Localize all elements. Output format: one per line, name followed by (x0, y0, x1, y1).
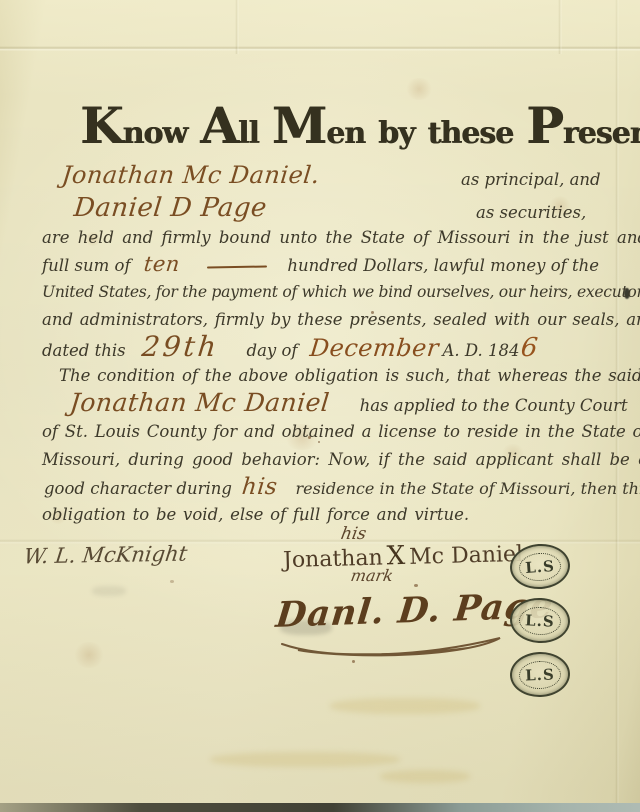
condition-line-2-suffix: has applied to the County Court (360, 396, 628, 415)
scan-background-edge (0, 803, 640, 812)
seal-inner-ring: L.S (518, 605, 561, 635)
obligation-line-1: are held and firmly bound unto the State… (42, 228, 599, 247)
condition-line-2: Jonathan Mc Daniel has applied to the Co… (42, 388, 599, 417)
title-word: Men (272, 96, 365, 155)
dated-prefix: dated this (42, 341, 126, 360)
principal-label: as principal, and (461, 170, 601, 189)
day-fill: 29th (140, 330, 220, 363)
year-digit-fill: 6 (520, 333, 540, 363)
ink-smudge (92, 586, 126, 596)
seal-label: L.S (525, 611, 556, 631)
foxing-stain (72, 642, 106, 668)
fold-crease-top (0, 46, 640, 51)
ink-speck (170, 580, 174, 583)
obligation-line-2-suffix: hundred Dollars, lawful money of the (287, 256, 599, 275)
obligation-line-4: and administrators, firmly by these pres… (42, 310, 599, 329)
seal-label: L.S (525, 665, 555, 684)
condition-line-5: good character during his residence in t… (44, 474, 601, 500)
title-word: these (427, 116, 513, 151)
obligation-line-2: full sum of ten hundred Dollars, lawful … (42, 252, 599, 276)
obligation-line-3: United States, for the payment of which … (42, 283, 599, 301)
condition-line-5-suffix: residence in the State of Missouri, then… (295, 479, 640, 498)
principal-name-fill: Jonathan Mc Daniel. (61, 161, 322, 189)
applicant-name-fill: Jonathan Mc Daniel (68, 388, 331, 417)
marksman-last-name: Mc Daniel (409, 542, 523, 570)
month-fill: December (308, 334, 440, 362)
show-through-mark (210, 752, 400, 767)
ls-seal-stamp-1: L.S (509, 542, 572, 591)
era-printed: A. D. 184 (442, 341, 519, 360)
security-name-fill: Daniel D Page (72, 193, 268, 223)
ls-seal-stamp-2: L.S (509, 596, 571, 644)
amount-fill: ten (142, 252, 180, 276)
obligation-dated-line: dated this 29th day of December A. D. 18… (42, 330, 599, 363)
seal-inner-ring: L.S (519, 660, 562, 689)
condition-line-4: Missouri, during good behavior: Now, if … (42, 450, 599, 469)
document-title: Know All Men by these Presents, That We, (80, 96, 640, 155)
condition-line-3: of St. Louis County for and obtained a l… (42, 422, 599, 441)
document-scan: Know All Men by these Presents, That We,… (0, 0, 640, 812)
show-through-mark (330, 698, 480, 714)
marksman-signature: Jonathan X Mc Daniel (283, 538, 524, 574)
amount-dash (207, 265, 267, 268)
show-through-mark (380, 770, 470, 783)
ls-seal-stamp-3: L.S (509, 651, 571, 698)
seal-label: L.S (525, 556, 556, 576)
signature-flourish (268, 634, 520, 662)
marksman-his-word: his (339, 524, 368, 544)
title-word: All (200, 96, 259, 155)
marksman-mark-word: mark (349, 566, 394, 585)
obligation-line-2-prefix: full sum of (42, 256, 131, 275)
pronoun-fill: his (241, 474, 279, 500)
fold-crease-vertical-mid (558, 0, 562, 54)
title-word: by (378, 116, 414, 151)
seal-column: L.S L.S L.S (510, 544, 570, 697)
fold-crease-vertical-left (235, 0, 239, 54)
seal-inner-ring: L.S (518, 551, 562, 582)
condition-line-1: The condition of the above obligation is… (42, 366, 599, 385)
condition-line-5-prefix: good character during (44, 479, 232, 498)
title-word: Presents, (526, 96, 640, 155)
ink-speck (318, 441, 320, 443)
title-word: Know (80, 96, 187, 155)
condition-line-6: obligation to be void, else of full forc… (42, 505, 599, 524)
security-label: as securities, (476, 203, 586, 222)
witness-signature: W. L. McKnight (23, 542, 189, 569)
ink-speck (414, 584, 418, 587)
dated-mid: day of (247, 341, 298, 360)
